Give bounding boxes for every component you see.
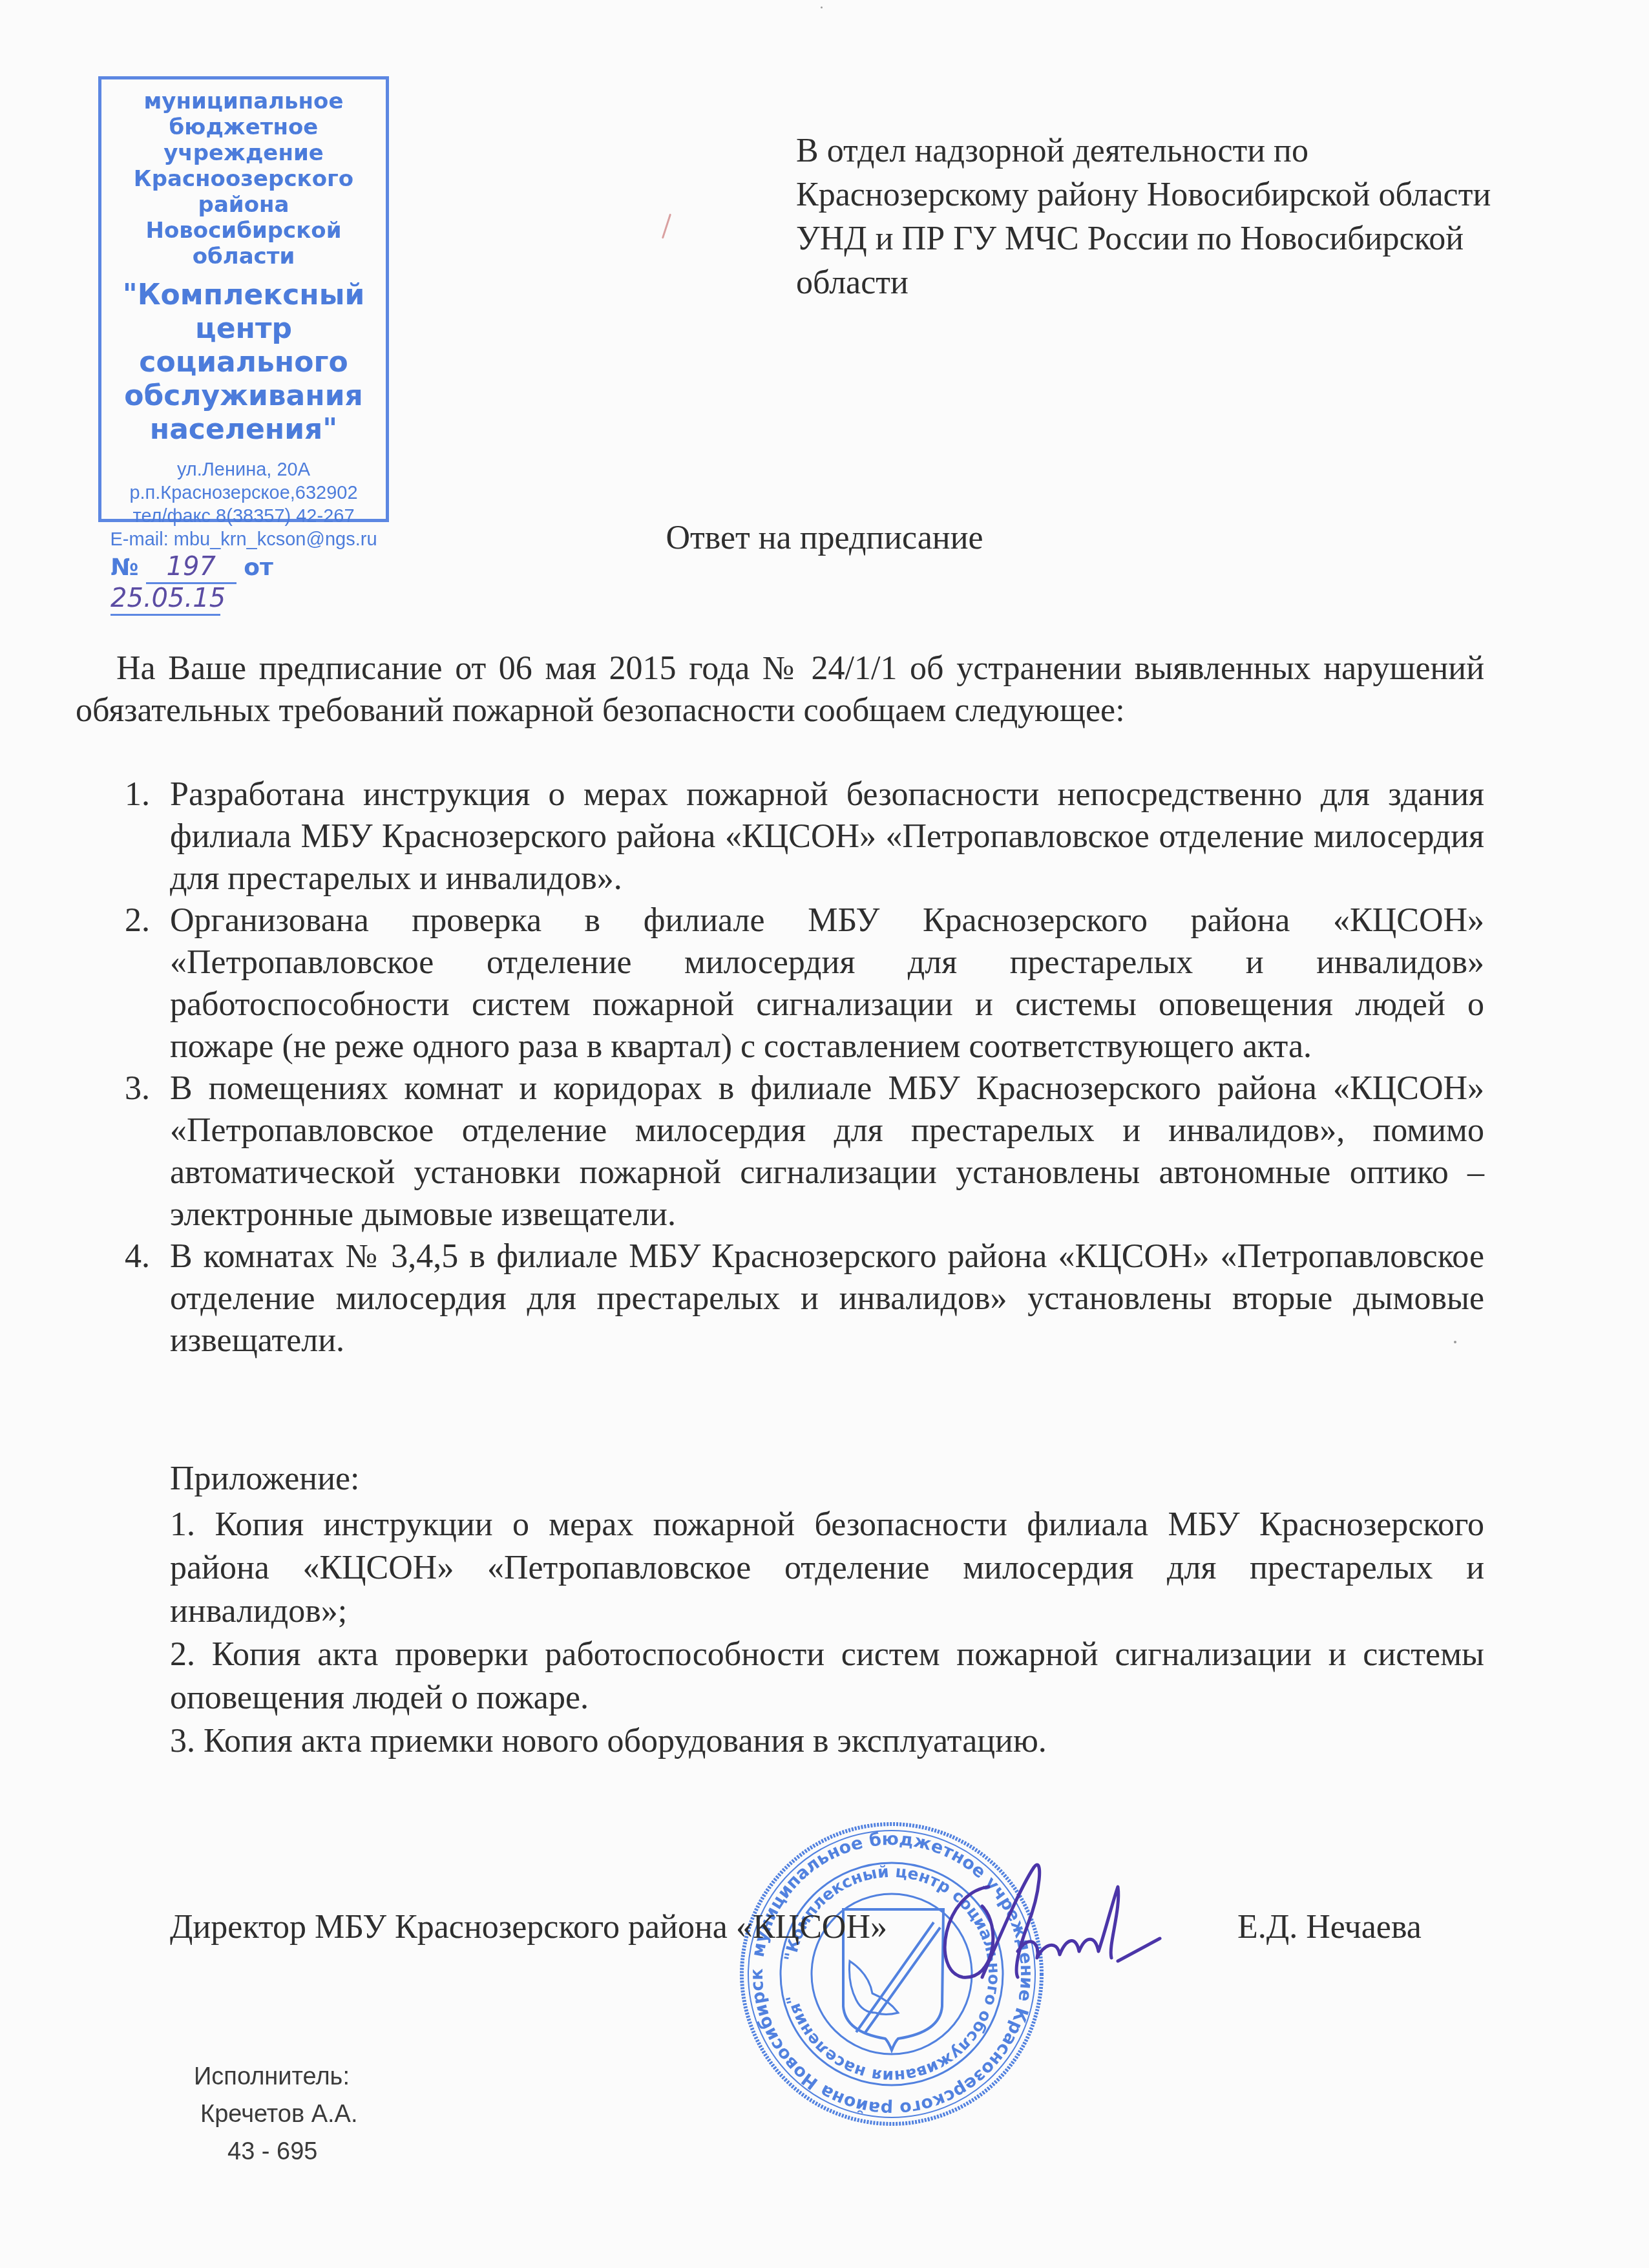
appendix-item: 3. Копия акта приемки нового оборудовани… [170,1719,1484,1763]
addressee-block: В отдел надзорной деятельности по Красно… [796,129,1539,305]
stamp-address-line: ул.Ленина, 20А [101,458,386,481]
list-item-text: Организована проверка в филиале МБУ Крас… [170,902,1484,1065]
date-field: 25.05.15 [110,584,220,616]
executor-block: Исполнитель: Кречетов А.А. 43 - 695 [194,2058,357,2170]
intro-paragraph: На Ваше предписание от 06 мая 2015 года … [76,647,1484,731]
stamp-org-line: Новосибирской области [101,218,386,269]
signatory-position: Директор МБУ Краснозерского района «КЦСО… [170,1906,887,1948]
list-item: 3. В помещениях комнат и коридорах в фил… [76,1067,1484,1235]
stamp-address-line: р.п.Краснозерское,632902 [101,481,386,505]
list-item-text: В помещениях комнат и коридорах в филиал… [170,1070,1484,1233]
list-item-number: 2. [125,899,150,941]
handwritten-signature [905,1848,1241,1997]
list-item-text: В комнатах № 3,4,5 в филиале МБУ Красноз… [170,1238,1484,1359]
stamp-org-line: муниципальное [101,89,386,114]
addressee-line: В отдел надзорной деятельности по [796,129,1539,173]
scan-artifact [1454,1341,1456,1343]
list-item: 2. Организована проверка в филиале МБУ К… [76,899,1484,1067]
stamp-name-line: "Комплексный [101,278,386,312]
signatory-name: Е.Д. Нечаева [1237,1906,1422,1948]
stamp-org-line: Красноозерского района [101,166,386,218]
appendix-section: Приложение: 1. Копия инструкции о мерах … [170,1457,1484,1763]
list-item-number: 4. [125,1235,150,1277]
stamp-name-line: населения" [101,413,386,446]
stamp-org-line: бюджетное учреждение [101,114,386,166]
list-item-text: Разработана инструкция о мерах пожарной … [170,776,1484,897]
list-item-number: 3. [125,1067,150,1109]
addressee-line: области [796,261,1539,305]
stamp-name-line: центр [101,312,386,346]
appendix-heading: Приложение: [170,1457,1484,1500]
document-title: Ответ на предписание [0,517,1649,559]
addressee-line: Краснозерскому району Новосибирской обла… [796,173,1539,217]
list-item: 1. Разработана инструкция о мерах пожарн… [76,773,1484,899]
measures-list: 1. Разработана инструкция о мерах пожарн… [76,773,1484,1361]
stamp-name-line: социального [101,346,386,379]
stamp-registration-number: № 197 от 25.05.15 [101,552,386,616]
appendix-item: 1. Копия инструкции о мерах пожарной без… [170,1503,1484,1633]
addressee-line: УНД и ПР ГУ МЧС России по Новосибирской [796,217,1539,261]
signature-icon [905,1848,1241,1997]
executor-phone: 43 - 695 [194,2133,357,2170]
stamp-name-line: обслуживания [101,379,386,413]
list-item-number: 1. [125,773,150,815]
scan-artifact [662,214,671,239]
executor-name: Кречетов А.А. [194,2095,357,2133]
registration-date: 25.05.15 [110,583,226,613]
appendix-item: 2. Копия акта проверки работоспособности… [170,1633,1484,1719]
list-item: 4. В комнатах № 3,4,5 в филиале МБУ Крас… [76,1235,1484,1361]
executor-label: Исполнитель: [194,2058,357,2095]
scan-artifact [821,6,823,8]
registration-stamp: муниципальное бюджетное учреждение Красн… [98,76,389,522]
